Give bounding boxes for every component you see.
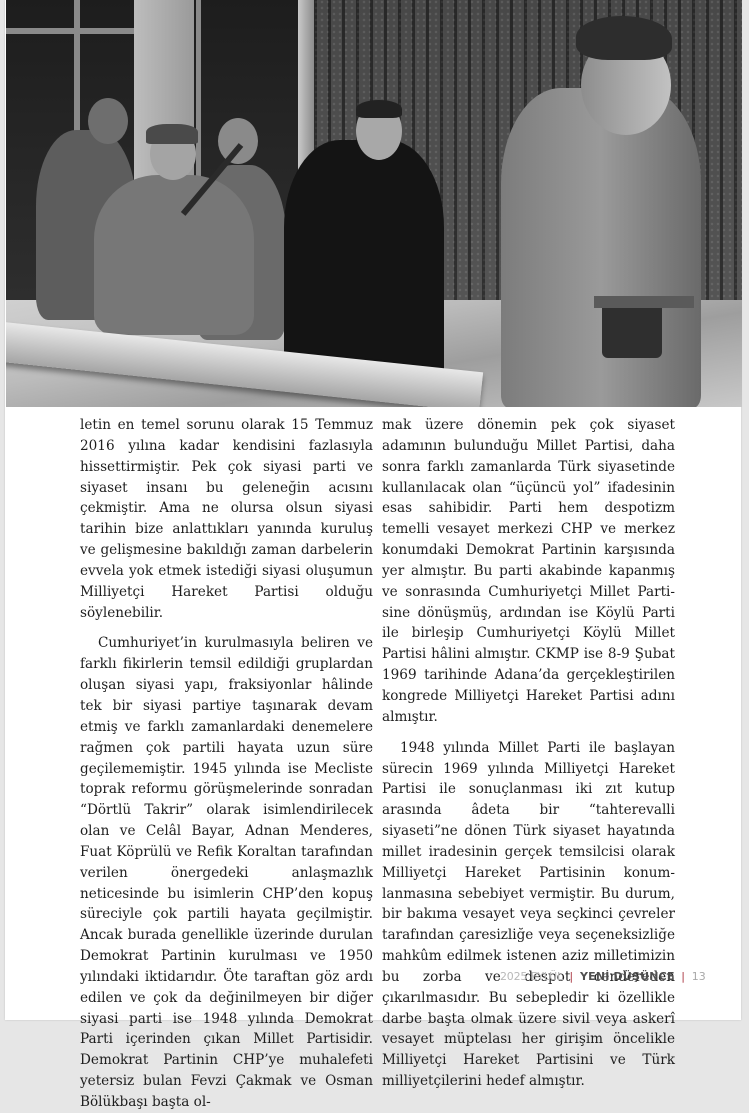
article-paragraph: mak üzere dönemin pek çok siyaset adamın… <box>382 415 675 728</box>
photo-soldier-head <box>218 118 258 164</box>
footer-issue-date: 2025 EYLÜL <box>500 970 563 983</box>
photo-pistol-holster <box>602 300 662 358</box>
photo-guard-beret <box>576 16 672 60</box>
footer-magazine-name: YENİ DÜŞÜNCE <box>580 970 675 983</box>
article-photo <box>6 0 742 407</box>
photo-officer-cap <box>146 124 198 144</box>
photo-soldier-head <box>88 98 128 144</box>
photo-guard-belt <box>594 296 694 308</box>
page-footer: 2025 EYLÜL | YENİ DÜŞÜNCE | 13 <box>500 969 706 985</box>
photo-officer-figure <box>94 175 254 335</box>
photo-guard-figure <box>501 88 701 407</box>
photo-man-dark-coat <box>284 140 444 390</box>
footer-page-number: 13 <box>692 970 706 983</box>
footer-separator: | <box>569 970 573 983</box>
magazine-page: letin en temel sorunu olarak 15 Temmuz 2… <box>5 0 741 1020</box>
footer-separator: | <box>681 970 685 983</box>
article-column-right: mak üzere dönemin pek çok siyaset adamın… <box>382 415 675 1024</box>
article-paragraph: Cumhuriyet’in kurulmasıyla beliren ve fa… <box>80 633 373 1024</box>
article-column-left: letin en temel sorunu olarak 15 Temmuz 2… <box>80 415 373 1024</box>
article-paragraph: letin en temel sorunu olarak 15 Temmuz 2… <box>80 415 373 623</box>
photo-man-hair <box>356 100 402 118</box>
photo-window-frame <box>6 28 136 34</box>
